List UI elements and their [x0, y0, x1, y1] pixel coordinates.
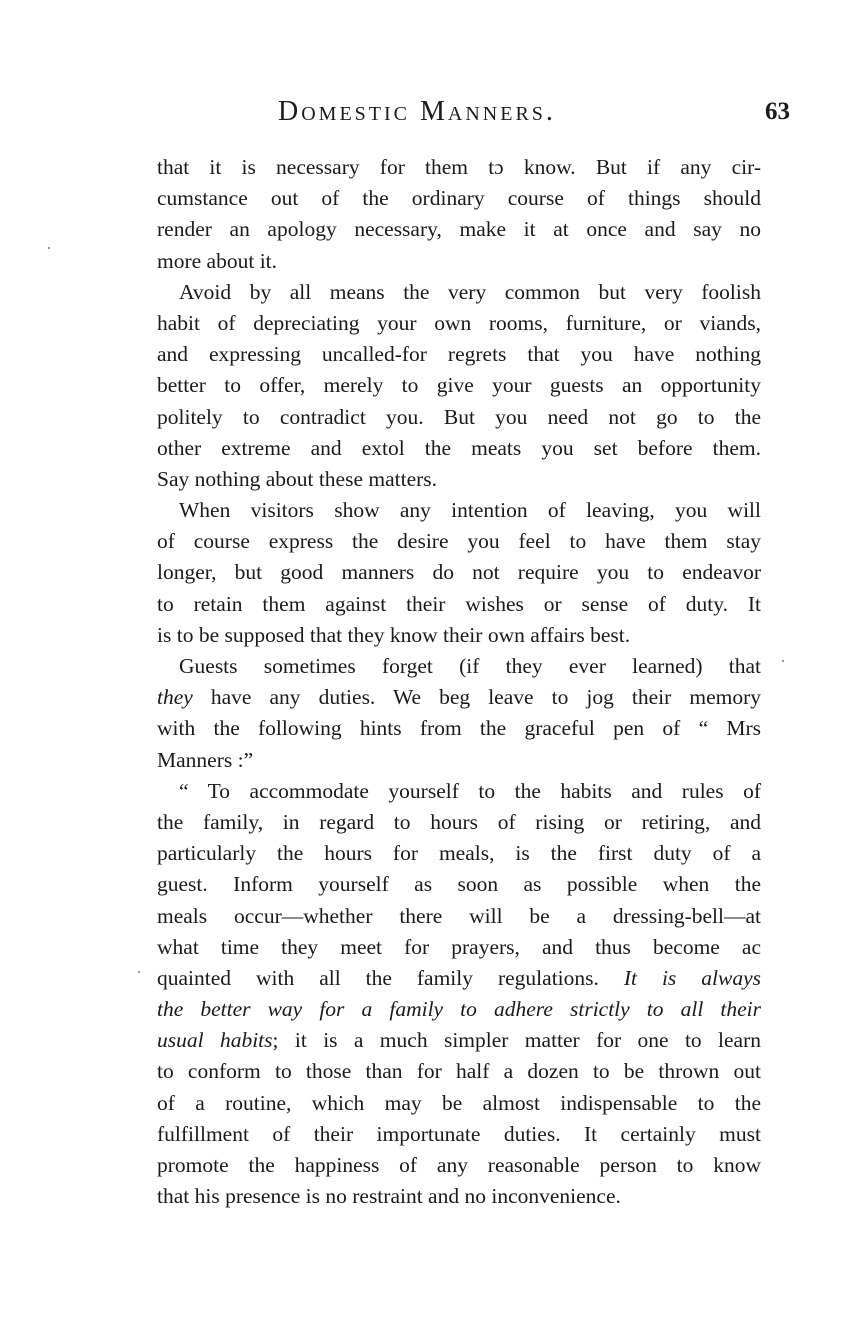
text-line: render an apology necessary, make it at … [157, 214, 761, 245]
body-text: that it is necessary for them tɔ know. B… [157, 152, 761, 1212]
text-line: and expressing uncalled-for regrets that… [157, 339, 761, 370]
text-line: to retain them against their wishes or s… [157, 589, 761, 620]
text-line: other extreme and extol the meats you se… [157, 433, 761, 464]
text-line: they have any duties. We beg leave to jo… [157, 682, 761, 713]
italic-text: the better way for a family to adhere st… [157, 997, 761, 1021]
scan-speck [138, 971, 140, 973]
text-line: guest. Inform yourself as soon as possib… [157, 869, 761, 900]
italic-text: It is always [624, 966, 761, 990]
scan-speck [48, 247, 50, 249]
italic-text: usual habits [157, 1028, 273, 1052]
text-line: better to offer, merely to give your gue… [157, 370, 761, 401]
text-segment: quainted with all the family regulations… [157, 966, 624, 990]
text-line: cumstance out of the ordinary course of … [157, 183, 761, 214]
text-line: that his presence is no restraint and no… [157, 1181, 761, 1212]
page-header: Domestic Manners. 63 [150, 96, 790, 136]
text-line: the better way for a family to adhere st… [157, 994, 761, 1025]
text-line: with the following hints from the gracef… [157, 713, 761, 744]
text-line: habit of depreciating your own rooms, fu… [157, 308, 761, 339]
text-line: Avoid by all means the very common but v… [157, 277, 761, 308]
text-line: “ To accommodate yourself to the habits … [157, 776, 761, 807]
text-line: the family, in regard to hours of rising… [157, 807, 761, 838]
text-line: promote the happiness of any reasonable … [157, 1150, 761, 1181]
text-line: is to be supposed that they know their o… [157, 620, 761, 651]
text-line: politely to contradict you. But you need… [157, 402, 761, 433]
text-line: quainted with all the family regulations… [157, 963, 761, 994]
text-line: longer, but good manners do not require … [157, 557, 761, 588]
text-line: particularly the hours for meals, is the… [157, 838, 761, 869]
running-title: Domestic Manners. [278, 96, 556, 128]
text-segment: have any duties. We beg leave to jog the… [193, 685, 761, 709]
text-line: that it is necessary for them tɔ know. B… [157, 152, 761, 183]
text-line: meals occur—whether there will be a dres… [157, 901, 761, 932]
italic-text: they [157, 685, 193, 709]
text-line: usual habits; it is a much simpler matte… [157, 1025, 761, 1056]
scan-speck [782, 660, 784, 662]
text-line: more about it. [157, 246, 761, 277]
page-number: 63 [765, 98, 790, 126]
text-line: When visitors show any intention of leav… [157, 495, 761, 526]
text-line: what time they meet for prayers, and thu… [157, 932, 761, 963]
text-line: of a routine, which may be almost indisp… [157, 1088, 761, 1119]
text-line: Say nothing about these matters. [157, 464, 761, 495]
text-line: Guests sometimes forget (if they ever le… [157, 651, 761, 682]
text-line: of course express the desire you feel to… [157, 526, 761, 557]
text-line: fulfillment of their importunate duties.… [157, 1119, 761, 1150]
text-line: to conform to those than for half a doze… [157, 1056, 761, 1087]
text-line: Manners :” [157, 745, 761, 776]
text-segment: ; it is a much simpler matter for one to… [273, 1028, 761, 1052]
